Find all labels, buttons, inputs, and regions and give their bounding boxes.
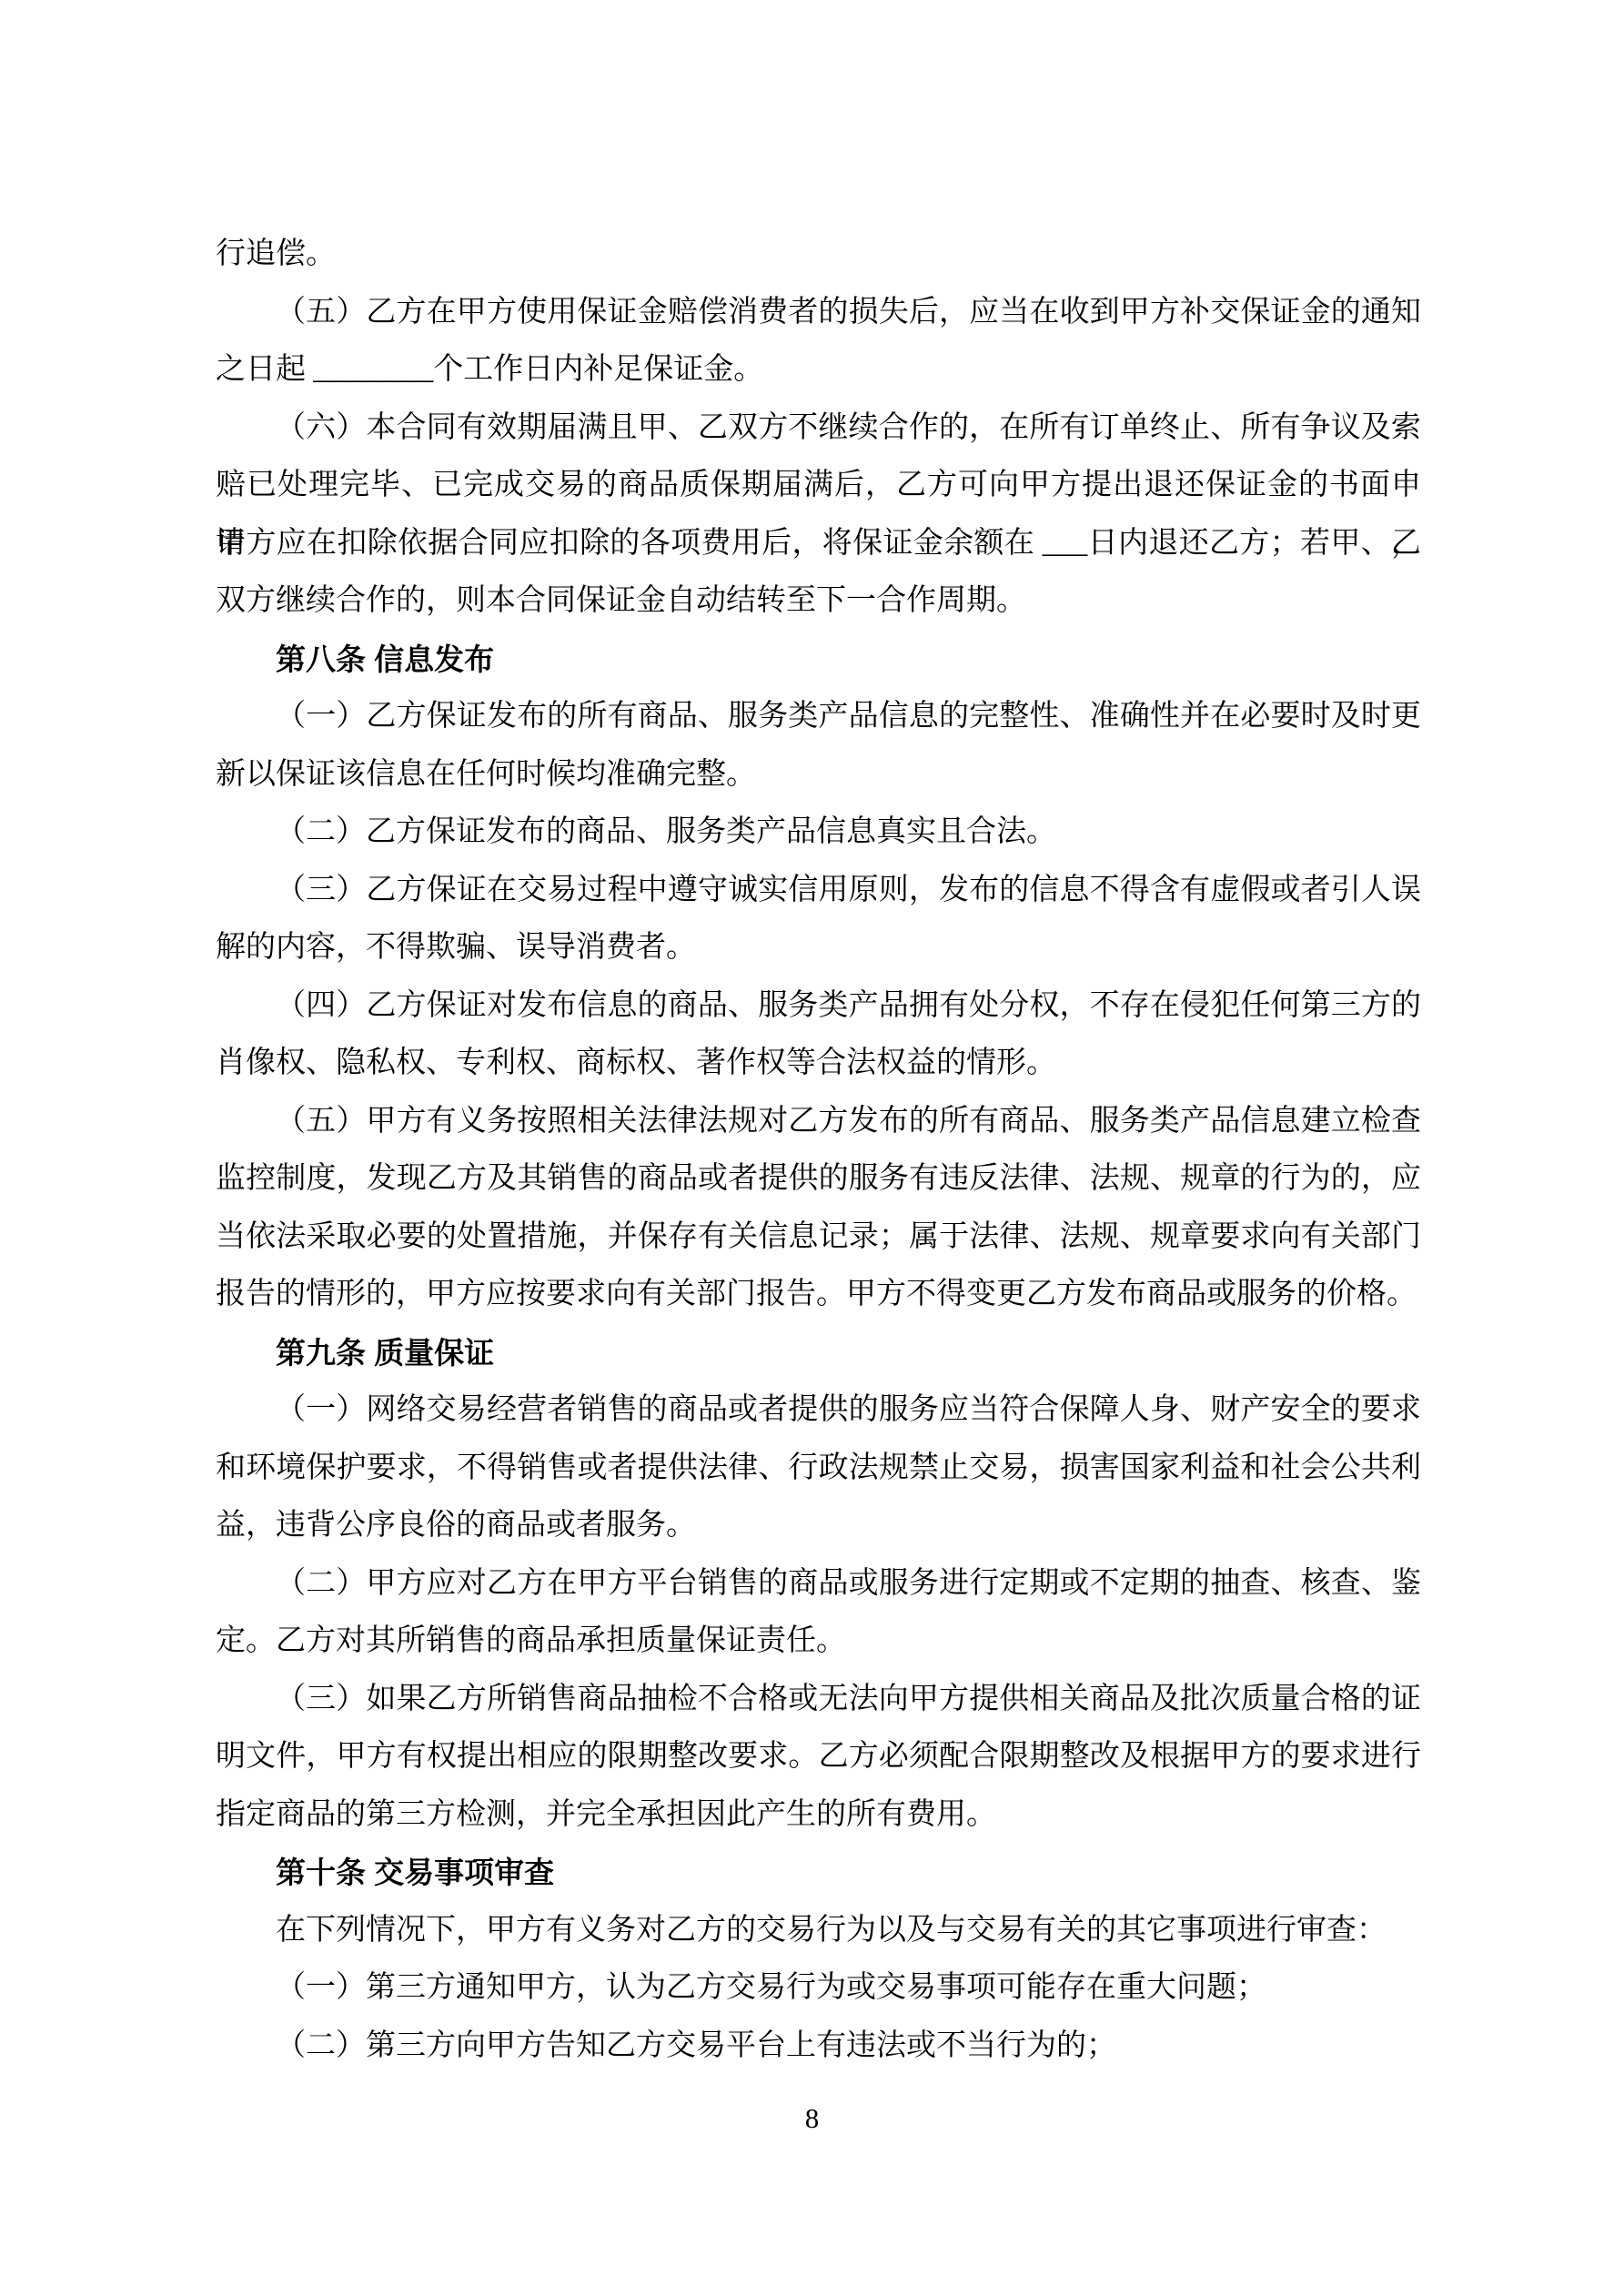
contract-line: 赔已处理完毕、已完成交易的商品质保期届满后，乙方可向甲方提出退还保证金的书面申请… <box>216 457 1421 515</box>
contract-line: （一）第三方通知甲方，认为乙方交易行为或交易事项可能存在重大问题； <box>216 1959 1421 2018</box>
contract-line: （二）乙方保证发布的商品、服务类产品信息真实且合法。 <box>216 804 1421 862</box>
contract-line: 指定商品的第三方检测，并完全承担因此产生的所有费用。 <box>216 1786 1421 1845</box>
document-page: 行追偿。（五）乙方在甲方使用保证金赔偿消费者的损失后，应当在收到甲方补交保证金的… <box>0 0 1624 2296</box>
contract-line: （二）第三方向甲方告知乙方交易平台上有违法或不当行为的； <box>216 2018 1421 2076</box>
contract-text-block: 行追偿。（五）乙方在甲方使用保证金赔偿消费者的损失后，应当在收到甲方补交保证金的… <box>216 226 1421 2075</box>
contract-line: （二）甲方应对乙方在甲方平台销售的商品或服务进行定期或不定期的抽查、核查、鉴 <box>216 1555 1421 1613</box>
contract-line: 新以保证该信息在任何时候均准确完整。 <box>216 746 1421 804</box>
section-heading: 第八条 信息发布 <box>216 631 1421 689</box>
contract-line: 定。乙方对其所销售的商品承担质量保证责任。 <box>216 1613 1421 1671</box>
page-number: 8 <box>0 2089 1624 2147</box>
contract-line: 当依法采取必要的处置措施，并保存有关信息记录；属于法律、法规、规章要求向有关部门 <box>216 1209 1421 1267</box>
contract-line: （一）乙方保证发布的所有商品、服务类产品信息的完整性、准确性并在必要时及时更 <box>216 688 1421 746</box>
contract-line: 明文件，甲方有权提出相应的限期整改要求。乙方必须配合限期整改及根据甲方的要求进行 <box>216 1728 1421 1786</box>
contract-line: （六）本合同有效期届满且甲、乙双方不继续合作的，在所有订单终止、所有争议及索 <box>216 400 1421 458</box>
contract-line: 之日起 ________个工作日内补足保证金。 <box>216 341 1421 400</box>
contract-line: 双方继续合作的，则本合同保证金自动结转至下一合作周期。 <box>216 572 1421 631</box>
section-heading: 第十条 交易事项审查 <box>216 1844 1421 1902</box>
contract-line: 监控制度，发现乙方及其销售的商品或者提供的服务有违反法律、法规、规章的行为的，应 <box>216 1150 1421 1209</box>
contract-line: （五）甲方有义务按照相关法律法规对乙方发布的所有商品、服务类产品信息建立检查 <box>216 1093 1421 1151</box>
contract-line: （三）乙方保证在交易过程中遵守诚实信用原则，发布的信息不得含有虚假或者引人误 <box>216 862 1421 920</box>
contract-line: 甲方应在扣除依据合同应扣除的各项费用后，将保证金余额在 ___日内退还乙方；若甲… <box>216 515 1421 573</box>
contract-line: 在下列情况下，甲方有义务对乙方的交易行为以及与交易有关的其它事项进行审查： <box>216 1902 1421 1960</box>
contract-line: （三）如果乙方所销售商品抽检不合格或无法向甲方提供相关商品及批次质量合格的证 <box>216 1671 1421 1729</box>
contract-line: 肖像权、隐私权、专利权、商标权、著作权等合法权益的情形。 <box>216 1035 1421 1093</box>
section-heading: 第九条 质量保证 <box>216 1324 1421 1382</box>
contract-line: （四）乙方保证对发布信息的商品、服务类产品拥有处分权，不存在侵犯任何第三方的 <box>216 977 1421 1036</box>
contract-line: （一）网络交易经营者销售的商品或者提供的服务应当符合保障人身、财产安全的要求 <box>216 1381 1421 1440</box>
contract-line: 报告的情形的，甲方应按要求向有关部门报告。甲方不得变更乙方发布商品或服务的价格。 <box>216 1266 1421 1324</box>
contract-line: （五）乙方在甲方使用保证金赔偿消费者的损失后，应当在收到甲方补交保证金的通知 <box>216 284 1421 342</box>
contract-line: 益，违背公序良俗的商品或者服务。 <box>216 1497 1421 1555</box>
contract-line: 行追偿。 <box>216 226 1421 284</box>
contract-line: 解的内容，不得欺骗、误导消费者。 <box>216 919 1421 977</box>
contract-line: 和环境保护要求，不得销售或者提供法律、行政法规禁止交易，损害国家利益和社会公共利 <box>216 1440 1421 1498</box>
